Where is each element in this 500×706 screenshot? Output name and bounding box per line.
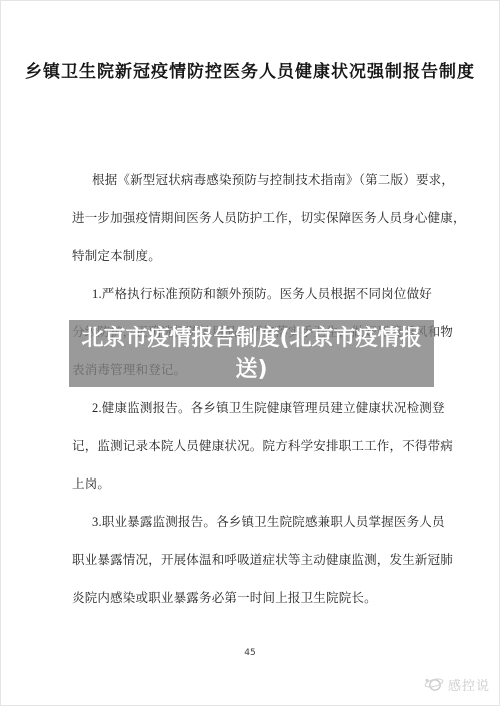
overlay-title-banner: 北京市疫情报告制度(北京市疫情报送) [69,320,434,387]
document-text-line: 特制定本制度。 [72,237,435,275]
overlay-title-line: 北京市疫情报告制度(北京市疫情报 [69,323,434,354]
overlay-title-line: 送) [69,354,434,385]
document-text-line: 炎院内感染或职业暴露务必第一时间上报卫生院院长。 [72,579,435,617]
document-text-line: 进一步加强疫情期间医务人员防护工作，切实保障医务人员身心健康， [72,199,435,237]
document-title-line: 新冠疫情防控医务人员健康状况强制 [115,62,403,82]
document-title-line: 乡镇卫生院 [25,62,115,82]
orbit-planet-logo-icon [424,676,444,693]
document-text-line: 上岗。 [72,465,435,503]
document-text-line: 2.健康监测报告。各乡镇卫生院健康管理员建立健康状况检测登 [72,389,435,427]
document-body: 根据《新型冠状病毒感染预防与控制技术指南》（第二版）要求，进一步加强疫情期间医务… [72,161,435,617]
document-text-line: 职业暴露情况，开展体温和呼吸道症状等主动健康监测，发生新冠肺 [72,541,435,579]
document-text-line: 记，监测记录本院人员健康状况。院方科学安排职工工作，不得带病 [72,427,435,465]
document-page: 乡镇卫生院新冠疫情防控医务人员健康状况强制报告制度 根据《新型冠状病毒感染预防与… [0,0,500,706]
document-text-line: 1.严格执行标准预防和额外预防。医务人员根据不同岗位做好 [72,275,435,313]
document-text-line: 根据《新型冠状病毒感染预防与控制技术指南》（第二版）要求， [72,161,435,199]
document-text-line: 3.职业暴露监测报告。各乡镇卫生院院感兼职人员掌握医务人员 [72,503,435,541]
watermark: 感控说 [424,675,490,694]
document-title-line: 报告制度 [403,62,475,82]
page-number: 45 [1,648,499,658]
watermark-text: 感控说 [448,675,490,694]
document-title: 乡镇卫生院新冠疫情防控医务人员健康状况强制报告制度 [1,58,499,86]
